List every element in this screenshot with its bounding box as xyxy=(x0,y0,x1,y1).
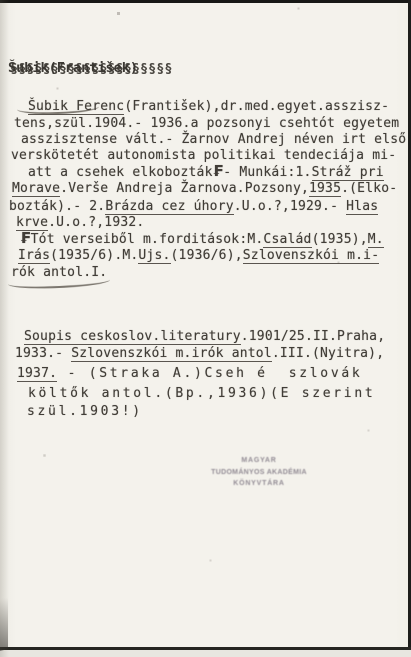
typed-line: 1937. - (Straka A.)Cseh é szlovák xyxy=(17,366,362,381)
text-segment: 1933.- xyxy=(15,346,71,361)
typed-line: tens,szül.1904.- 1936.a pozsonyi csehtót… xyxy=(14,116,399,131)
text-segment: .1901/25.II.Praha, xyxy=(241,329,385,344)
typed-line: verskötetét autonomista politikai tendec… xyxy=(11,148,396,163)
text-segment: 1937. xyxy=(17,366,57,382)
text-segment: tens,szül.1904.- 1936.a pozsonyi csehtót… xyxy=(14,116,399,131)
scan-strip-below xyxy=(0,650,411,657)
scan-shade-left xyxy=(0,0,9,657)
text-segment: Šubik Ferenc xyxy=(28,99,124,115)
text-segment: .(Elko- xyxy=(341,181,397,196)
text-segment: Tót verseiből m.forditások:M. xyxy=(31,232,264,247)
text-segment: bozták).- 2. xyxy=(9,199,105,214)
text-segment: szül.1903!) xyxy=(27,404,143,419)
scan-specks xyxy=(0,0,1,1)
text-segment: - (Straka A.)Cseh é szlovák xyxy=(57,366,362,381)
scan-edge-top xyxy=(0,0,411,3)
text-segment: .Verše Andreja Žarnova.Pozsony, xyxy=(60,181,309,196)
typed-line: Morave.Verše Andreja Žarnova.Pozsony,193… xyxy=(12,181,397,196)
text-segment: (1935), xyxy=(312,232,368,247)
text-segment: .U.o.?,1929.- xyxy=(234,199,346,214)
typed-line: krve.U.o.?,1932. xyxy=(16,215,144,230)
stamp-line: MAGYAR xyxy=(203,455,315,467)
text-segment: asszisztense vált.- Žarnov Andrej néven … xyxy=(21,132,406,147)
strikeover-characters: §§§§§§§§§§§§§§§§§§§§ xyxy=(10,61,173,77)
typed-line: 1933.- Szlovenszkói m.irók antol.III.(Ny… xyxy=(15,346,384,361)
text-segment: Morave xyxy=(12,181,60,197)
typed-line: Soupis ceskoslov.literatury.1901/25.II.P… xyxy=(24,329,385,344)
typed-line: asszisztense vált.- Žarnov Andrej néven … xyxy=(21,132,406,147)
text-segment: (1935/6).M. xyxy=(50,248,138,263)
insertion-mark: ₣ xyxy=(213,162,224,180)
text-segment: .III.(Nyitra), xyxy=(272,346,384,361)
text-segment: - Munkái:1. xyxy=(223,165,311,180)
text-segment: Soupis ceskoslov.literatury xyxy=(24,329,241,345)
library-stamp: MAGYAR TUDOMÁNYOS AKADÉMIA KÖNYVTÁRA xyxy=(203,455,315,490)
typed-line: Irás(1935/6).M.Ujs.(1936/6),Szlovenszkói… xyxy=(18,248,379,263)
typed-line: ₣Tót verseiből m.forditások:M.Család(193… xyxy=(20,231,384,247)
text-segment: Szlovenszkói m.i- xyxy=(243,248,379,264)
text-segment: att a csehek elkobozták xyxy=(28,165,213,180)
text-segment: Hlas xyxy=(346,199,378,215)
text-segment: költők antol.(Bp.,1936)(E szerint xyxy=(28,386,375,401)
text-segment: (František),dr.med.egyet.asszisz- xyxy=(124,99,389,114)
text-segment: .U.o.?,1932. xyxy=(48,215,144,230)
text-segment: verskötetét autonomista politikai tendec… xyxy=(11,148,396,163)
text-segment: Szlovenszkói m.irók antol xyxy=(71,346,272,362)
typed-line: költők antol.(Bp.,1936)(E szerint xyxy=(28,386,375,401)
typed-line: att a csehek elkobozták₣- Munkái:1.Stráž… xyxy=(28,164,384,180)
text-segment: Stráž pri xyxy=(312,165,384,181)
text-segment: (1936/6), xyxy=(171,248,243,263)
text-segment: Brázda cez úhory xyxy=(105,199,233,215)
text-segment: Irás xyxy=(18,248,50,264)
text-segment: Család xyxy=(263,232,311,248)
typed-line: bozták).- 2.Brázda cez úhory.U.o.?,1929.… xyxy=(9,199,378,214)
typed-line: szül.1903!) xyxy=(27,404,143,419)
text-segment: Ujs. xyxy=(138,248,170,264)
insertion-mark: ₣ xyxy=(20,229,31,247)
text-segment: 1935 xyxy=(309,181,341,197)
text-segment: M. xyxy=(368,232,384,248)
catalog-card-scan: Šubik(František) §§§§§§§§§§§§§§§§§§§§ Šu… xyxy=(0,0,411,657)
scan-smudge-bottom-left xyxy=(0,597,8,651)
typed-line: Šubik Ferenc(František),dr.med.egyet.ass… xyxy=(28,99,389,114)
stamp-line: KÖNYVTÁRA xyxy=(203,478,315,490)
stamp-line: TUDOMÁNYOS AKADÉMIA xyxy=(203,467,315,479)
